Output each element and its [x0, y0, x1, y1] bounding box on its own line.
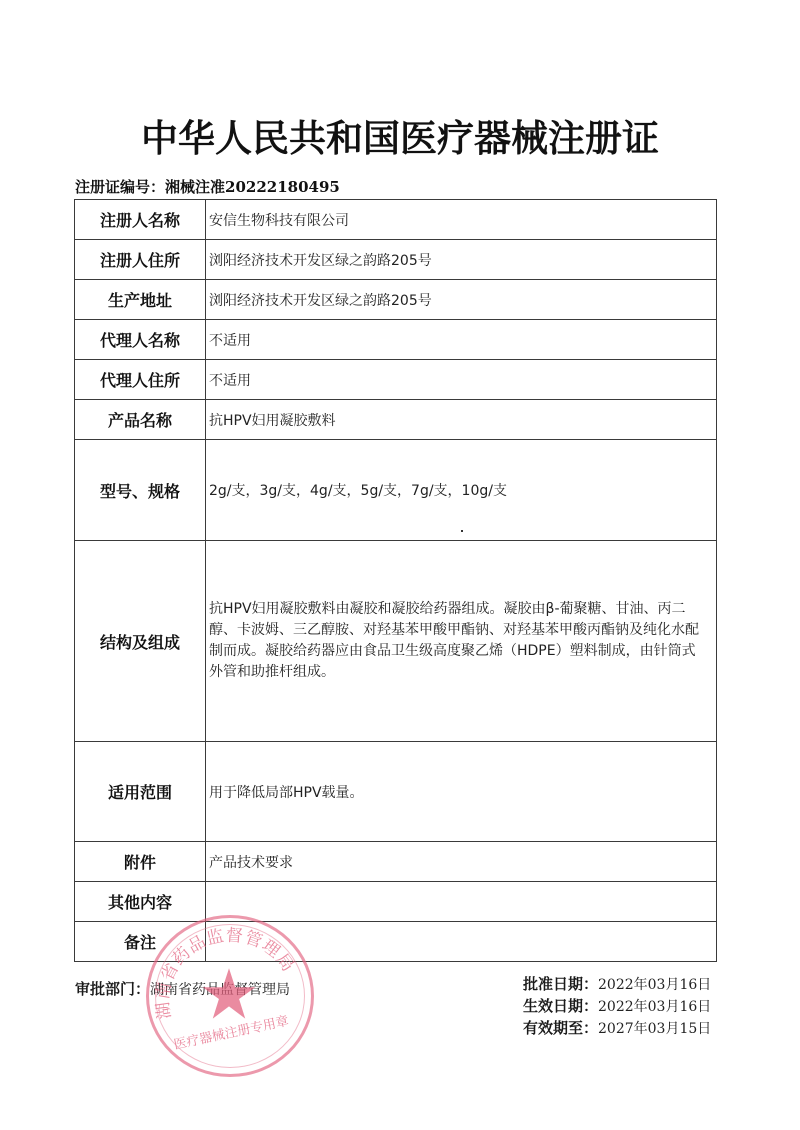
- table-row: 适用范围 用于降低局部HPV载量。: [75, 742, 717, 842]
- field-label: 代理人名称: [75, 320, 206, 360]
- date-label: 生效日期：: [523, 997, 598, 1015]
- field-label: 结构及组成: [75, 541, 206, 742]
- table-row: 注册人名称 安信生物科技有限公司: [75, 200, 717, 240]
- table-row: 型号、规格 2g/支，3g/支，4g/支，5g/支，7g/支，10g/支: [75, 440, 717, 541]
- field-label: 生产地址: [75, 280, 206, 320]
- field-label: 其他内容: [75, 882, 206, 922]
- department-value: 湖南省药品监督管理局: [150, 982, 290, 998]
- department-label: 审批部门：: [75, 980, 150, 998]
- registration-number: 注册证编号：湘械注准20222180495: [75, 176, 340, 197]
- document-title: 中华人民共和国医疗器械注册证: [0, 108, 800, 162]
- certificate-table: 注册人名称 安信生物科技有限公司 注册人住所 浏阳经济技术开发区绿之韵路205号…: [74, 199, 717, 962]
- field-label: 备注: [75, 922, 206, 962]
- seal-bottom-text: 医疗器械注册专用章: [170, 1010, 291, 1054]
- table-row: 备注: [75, 922, 717, 962]
- field-value: 不适用: [206, 360, 717, 400]
- date-value: 2027年03月15日: [598, 1021, 711, 1037]
- field-label: 附件: [75, 842, 206, 882]
- table-row: 注册人住所 浏阳经济技术开发区绿之韵路205号: [75, 240, 717, 280]
- table-row: 代理人名称 不适用: [75, 320, 717, 360]
- field-label: 注册人名称: [75, 200, 206, 240]
- approval-department: 审批部门：湖南省药品监督管理局: [75, 978, 290, 999]
- field-label: 型号、规格: [75, 440, 206, 541]
- table-row: 其他内容: [75, 882, 717, 922]
- registration-number-label: 注册证编号：: [75, 178, 165, 196]
- structure-description: 抗HPV妇用凝胶敷料由凝胶和凝胶给药器组成。凝胶由β-葡聚糖、甘油、丙二醇、卡波…: [209, 599, 716, 683]
- field-value: 浏阳经济技术开发区绿之韵路205号: [206, 240, 717, 280]
- table-row: 生产地址 浏阳经济技术开发区绿之韵路205号: [75, 280, 717, 320]
- field-value: 安信生物科技有限公司: [206, 200, 717, 240]
- effective-date: 生效日期：2022年03月16日: [523, 996, 711, 1018]
- field-value: 浏阳经济技术开发区绿之韵路205号: [206, 280, 717, 320]
- field-label: 适用范围: [75, 742, 206, 842]
- field-value: 产品技术要求: [206, 842, 717, 882]
- field-value: [206, 922, 717, 962]
- field-value: 2g/支，3g/支，4g/支，5g/支，7g/支，10g/支: [206, 440, 717, 541]
- table-row: 产品名称 抗HPV妇用凝胶敷料: [75, 400, 717, 440]
- approval-date: 批准日期：2022年03月16日: [523, 974, 711, 996]
- table-row: 代理人住所 不适用: [75, 360, 717, 400]
- field-value: 抗HPV妇用凝胶敷料: [206, 400, 717, 440]
- expiry-date: 有效期至：2027年03月15日: [523, 1018, 711, 1040]
- date-label: 批准日期：: [523, 975, 598, 993]
- date-value: 2022年03月16日: [598, 999, 711, 1015]
- field-label: 产品名称: [75, 400, 206, 440]
- date-label: 有效期至：: [523, 1019, 598, 1037]
- table-row: 结构及组成 抗HPV妇用凝胶敷料由凝胶和凝胶给药器组成。凝胶由β-葡聚糖、甘油、…: [75, 541, 717, 742]
- scan-speck: [461, 530, 463, 532]
- field-value: 抗HPV妇用凝胶敷料由凝胶和凝胶给药器组成。凝胶由β-葡聚糖、甘油、丙二醇、卡波…: [206, 541, 717, 742]
- date-block: 批准日期：2022年03月16日 生效日期：2022年03月16日 有效期至：2…: [523, 974, 711, 1040]
- field-value: [206, 882, 717, 922]
- field-label: 注册人住所: [75, 240, 206, 280]
- registration-number-value: 湘械注准20222180495: [165, 178, 340, 196]
- field-value: 不适用: [206, 320, 717, 360]
- field-value: 用于降低局部HPV载量。: [206, 742, 717, 842]
- table-row: 附件 产品技术要求: [75, 842, 717, 882]
- field-label: 代理人住所: [75, 360, 206, 400]
- date-value: 2022年03月16日: [598, 977, 711, 993]
